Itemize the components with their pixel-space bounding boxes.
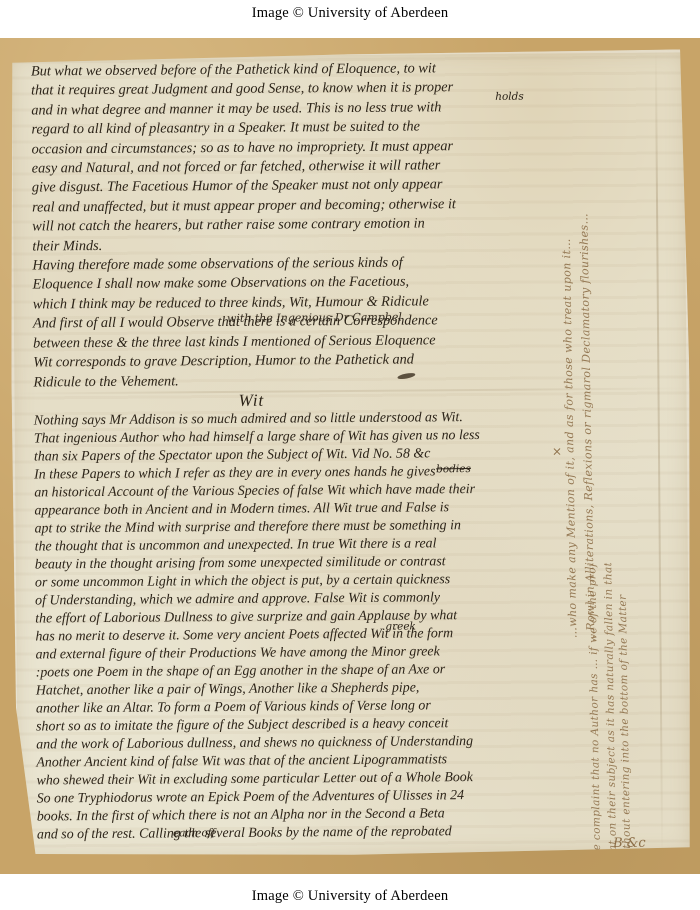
interlinear-insertion-holds: holds (495, 91, 524, 103)
interlinear-insertion-each-off: each off (173, 827, 215, 839)
manuscript-line: and so of the rest. Calling the several … (37, 822, 637, 845)
interlinear-insertion-greek: greek (385, 620, 416, 632)
interlinear-insertion-dr-campbel: with the Ingenious Dr Campbel (227, 311, 402, 325)
struck-out-word-bodies: bodies (436, 463, 471, 475)
screenshot-root: { "page": { "top_caption": "Image © Univ… (0, 0, 700, 910)
bottom-copyright-caption: Image © University of Aberdeen (0, 888, 700, 905)
manuscript-text-block: But what we observed before of the Pathe… (31, 58, 637, 845)
manuscript-scan-mount: But what we observed before of the Pathe… (0, 38, 700, 874)
margin-x-mark: × (552, 444, 562, 458)
paragraph-wit-addison: Nothing says Mr Addison is so much admir… (34, 408, 637, 845)
paragraph-pathetick-eloquence: But what we observed before of the Pathe… (31, 58, 633, 257)
paper-fold-crease-vertical (655, 50, 663, 856)
top-copyright-caption: Image © University of Aberdeen (0, 5, 700, 22)
manuscript-page: But what we observed before of the Pathe… (9, 49, 693, 860)
